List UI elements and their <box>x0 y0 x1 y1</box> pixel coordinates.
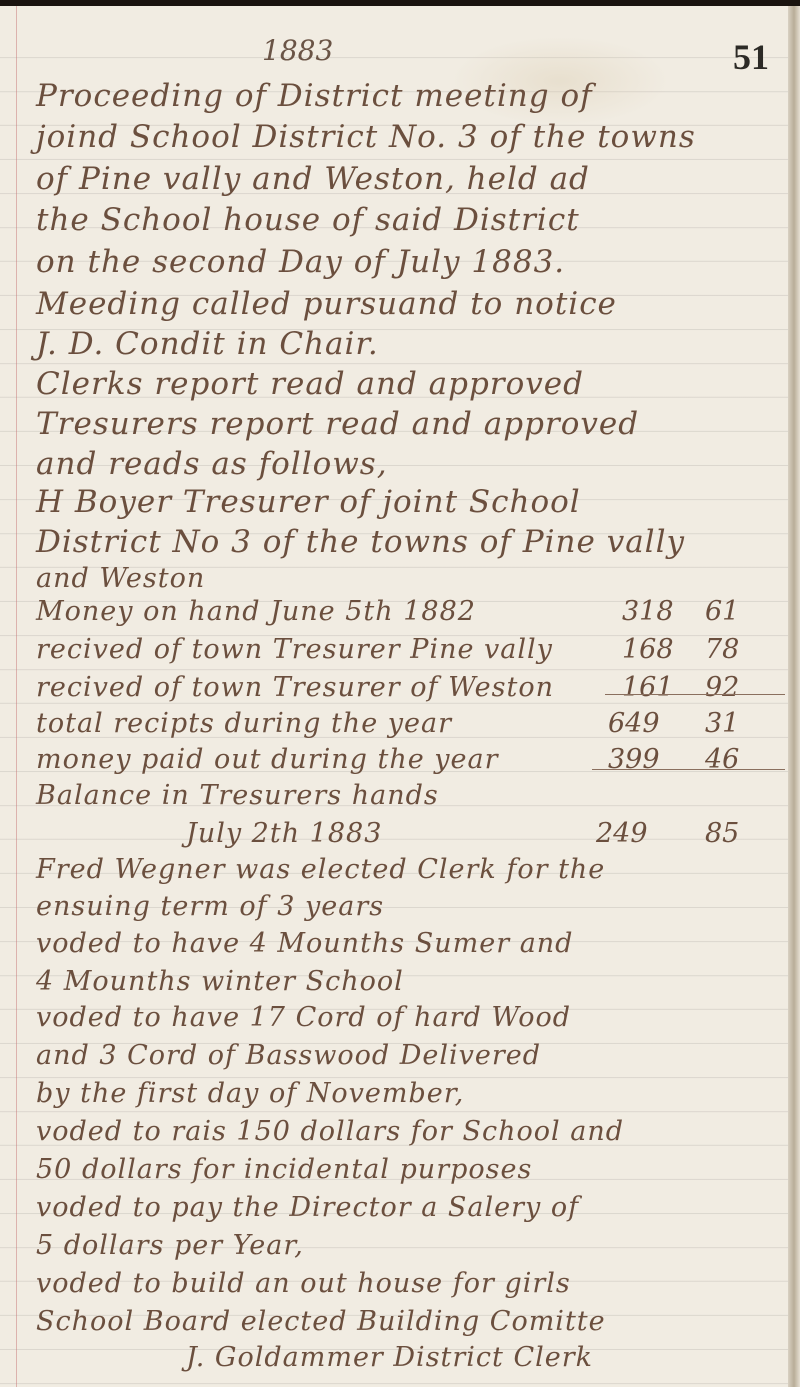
text-line: 50 dollars for incidental purposes <box>36 1154 532 1185</box>
ledger-dollars: 161 <box>622 672 674 703</box>
ledger-dollars: 399 <box>608 744 660 775</box>
ledger-row-label: recived of town Tresurer of Weston <box>36 672 554 703</box>
ledger-dollars: 649 <box>608 708 660 739</box>
ledger-row-label: Money on hand June 5th 1882 <box>36 596 476 627</box>
text-line: voded to pay the Director a Salery of <box>36 1192 579 1223</box>
text-line: voded to build an out house for girls <box>36 1268 571 1299</box>
ledger-cents: 92 <box>705 672 739 703</box>
ledger-row-label: total recipts during the year <box>36 708 452 739</box>
ledger-cents: 61 <box>705 596 739 627</box>
text-line: joind School District No. 3 of the towns <box>36 119 696 155</box>
ledger-cents: 46 <box>705 744 739 775</box>
text-line: voded to have 4 Mounths Sumer and <box>36 928 573 959</box>
ledger-cents: 31 <box>705 708 739 739</box>
sum-rule <box>605 694 785 695</box>
text-line: 4 Mounths winter School <box>36 966 404 997</box>
text-line: by the first day of November, <box>36 1078 464 1109</box>
difference-rule <box>592 769 785 770</box>
ledger-row-label: recived of town Tresurer Pine vally <box>36 634 553 665</box>
ledger-dollars: 168 <box>622 634 674 665</box>
text-line: H Boyer Tresurer of joint School <box>36 484 581 520</box>
text-line: on the second Day of July 1883. <box>36 244 565 280</box>
text-line: Tresurers report read and approved <box>36 406 639 442</box>
text-line: J. D. Condit in Chair. <box>36 326 379 362</box>
text-line: Fred Wegner was elected Clerk for the <box>36 854 605 885</box>
clerk-signature: J. Goldammer District Clerk <box>186 1342 593 1373</box>
text-line: and 3 Cord of Basswood Delivered <box>36 1040 541 1071</box>
text-line: of Pine vally and Weston, held ad <box>36 161 590 197</box>
text-line: voded to rais 150 dollars for School and <box>36 1116 624 1147</box>
text-line: and Weston <box>36 563 205 594</box>
text-line: ensuing term of 3 years <box>36 891 384 922</box>
balance-cents: 85 <box>705 818 739 849</box>
text-line: Clerks report read and approved <box>36 366 584 402</box>
ledger-row-label: money paid out during the year <box>36 744 499 775</box>
text-line: District No 3 of the towns of Pine vally <box>36 524 685 560</box>
page-number: 51 <box>733 36 769 78</box>
balance-date: July 2th 1883 <box>186 818 382 849</box>
ledger-cents: 78 <box>705 634 739 665</box>
text-line: 5 dollars per Year, <box>36 1230 304 1261</box>
text-line: Meeding called pursuand to notice <box>36 286 617 322</box>
margin-line <box>16 6 17 1387</box>
ledger-dollars: 318 <box>622 596 674 627</box>
balance-label: Balance in Tresurers hands <box>36 780 439 811</box>
text-line: voded to have 17 Cord of hard Wood <box>36 1002 571 1033</box>
text-line: and reads as follows, <box>36 446 388 482</box>
text-line: Proceeding of District meeting of <box>36 78 593 114</box>
ledger-page: 1883 51 Proceeding of District meeting o… <box>0 6 789 1387</box>
book-spine <box>788 6 800 1387</box>
text-line: the School house of said District <box>36 202 580 238</box>
balance-dollars: 249 <box>596 818 648 849</box>
page-year: 1883 <box>262 34 333 67</box>
text-line: School Board elected Building Comitte <box>36 1306 606 1337</box>
